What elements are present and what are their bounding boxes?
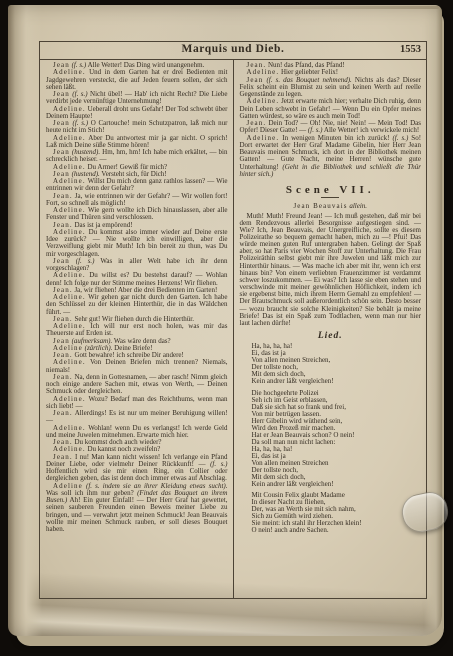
dialogue-paragraph: Adeline (f. s. indem sie an ihrer Kleidu… (46, 483, 228, 534)
dialogue-paragraph: Adeline. Wir gehen gar nicht durch den G… (46, 294, 228, 316)
scene-stage-direction: allein. (349, 202, 367, 210)
dialogue-paragraph: Adeline. Von Deinen Briefen mich trennen… (46, 359, 228, 374)
song-stanzas: Ha, ha, ha, ha!Ei, das ist jaVon allen m… (240, 343, 422, 534)
dialogue-paragraph: Jean (f. s.) Was in aller Welt habe ich … (46, 258, 228, 273)
verse-line: O nein! auch andre Sachen. (252, 527, 422, 534)
dialogue-paragraph: Jean. I nu! Man kann nicht wissen! Ich v… (46, 454, 228, 483)
song-stanza: Die hochgeehrte PolizeiSeh ich im Geist … (252, 390, 422, 489)
scene-subtitle: Jean Beauvais allein. (240, 203, 422, 210)
dialogue-paragraph: Jean (f. s.) Nicht übel! — Hab' ich nich… (46, 91, 228, 106)
dialogue-paragraph: Adeline. Wozu? Bedarf man des Reichthums… (46, 396, 228, 411)
right-column: Jean. Nun! das Pfand, das Pfand!Adeline.… (234, 60, 427, 598)
dialogue-paragraph: Jean (f. s.) O Cartouche! mein Schutzpat… (46, 120, 228, 135)
book-page: Marquis und Dieb. 1553 Jean (f. s.) Alle… (8, 5, 442, 636)
scene-rule (321, 197, 339, 198)
dialogue-paragraph: Adeline. Ich will nur erst noch holen, w… (46, 323, 228, 338)
dialogue-paragraph: Adeline. Du willst es? Du bestehst darau… (46, 272, 228, 287)
dialogue-paragraph: Adeline. Wie gern wollte ich Dich hinaus… (46, 207, 228, 222)
running-title: Marquis und Dieb. (40, 43, 426, 55)
two-column-text: Jean (f. s.) Alle Wetter! Das Ding wird … (40, 60, 426, 598)
scanner-background: Marquis und Dieb. 1553 Jean (f. s.) Alle… (0, 0, 453, 656)
dialogue-paragraph: Adeline. Du kommst also immer wieder auf… (46, 229, 228, 258)
dialogue-paragraph: Jean (hustend). Hm, hm, hm! Ich habe mic… (46, 149, 228, 164)
dialogue-paragraph: Adeline. Aber Du antwortest mir ja gar n… (46, 135, 228, 150)
page-header: Marquis und Dieb. 1553 (40, 42, 426, 59)
verse-line: Kein andrer läßt vergleichen! (252, 378, 422, 385)
dialogue-paragraph: Adeline. Wohlan! wenn Du es verlangst! I… (46, 425, 228, 440)
left-column: Jean (f. s.) Alle Wetter! Das Ding wird … (40, 60, 233, 598)
dialogue-paragraph: Jean (f. s. das Bouquet nehmend). Nichts… (240, 77, 422, 99)
dialogue-paragraph: Adeline. Willst Du mich denn ganz rathlo… (46, 178, 228, 193)
dialogue-paragraph: Jean. Na, denn in Gottesnamen, — aber ra… (46, 374, 228, 396)
dialogue-paragraph: Adeline. Ueberall droht uns Gefahr! Der … (46, 106, 228, 121)
monologue-paragraph: Muth! Muth! Freund Jean! — Ich muß geste… (240, 213, 422, 328)
dialogue-paragraph: Jean. Allerdings! Es ist nur um meiner B… (46, 410, 228, 425)
dialogue-paragraph: Adeline. Jetzt erwarte mich hier; verhal… (240, 98, 422, 120)
dialogue-paragraph: Adeline. Und in dem Garten hat er drei B… (46, 69, 228, 91)
song-stanza: Ha, ha, ha, ha!Ei, das ist jaVon allen m… (252, 343, 422, 385)
dialogue-paragraph: Jean. Ja, wie entrinnen wir der Gefahr? … (46, 193, 228, 208)
page-number: 1553 (400, 44, 421, 55)
verse-line: Kein andrer läßt vergleichen! (252, 481, 422, 488)
song-stanza: Mit Cousin Felix glaubt MadameIn dieser … (252, 492, 422, 534)
dialogue-continued: Jean. Nun! das Pfand, das Pfand!Adeline.… (240, 62, 422, 178)
scene-heading: Scene VII. (240, 187, 422, 194)
dialogue-paragraph: Jean. Dein Tod? — Oh! Nie, nie! Nein! — … (240, 120, 422, 135)
page-stack-edge (203, 6, 439, 9)
scene-character-name: Jean Beauvais (293, 202, 347, 210)
dialogue-paragraph: Adeline. In wenigen Minuten bin ich zurü… (240, 135, 422, 179)
song-title: Lied. (240, 333, 422, 340)
text-frame: Marquis und Dieb. 1553 Jean (f. s.) Alle… (39, 41, 427, 599)
